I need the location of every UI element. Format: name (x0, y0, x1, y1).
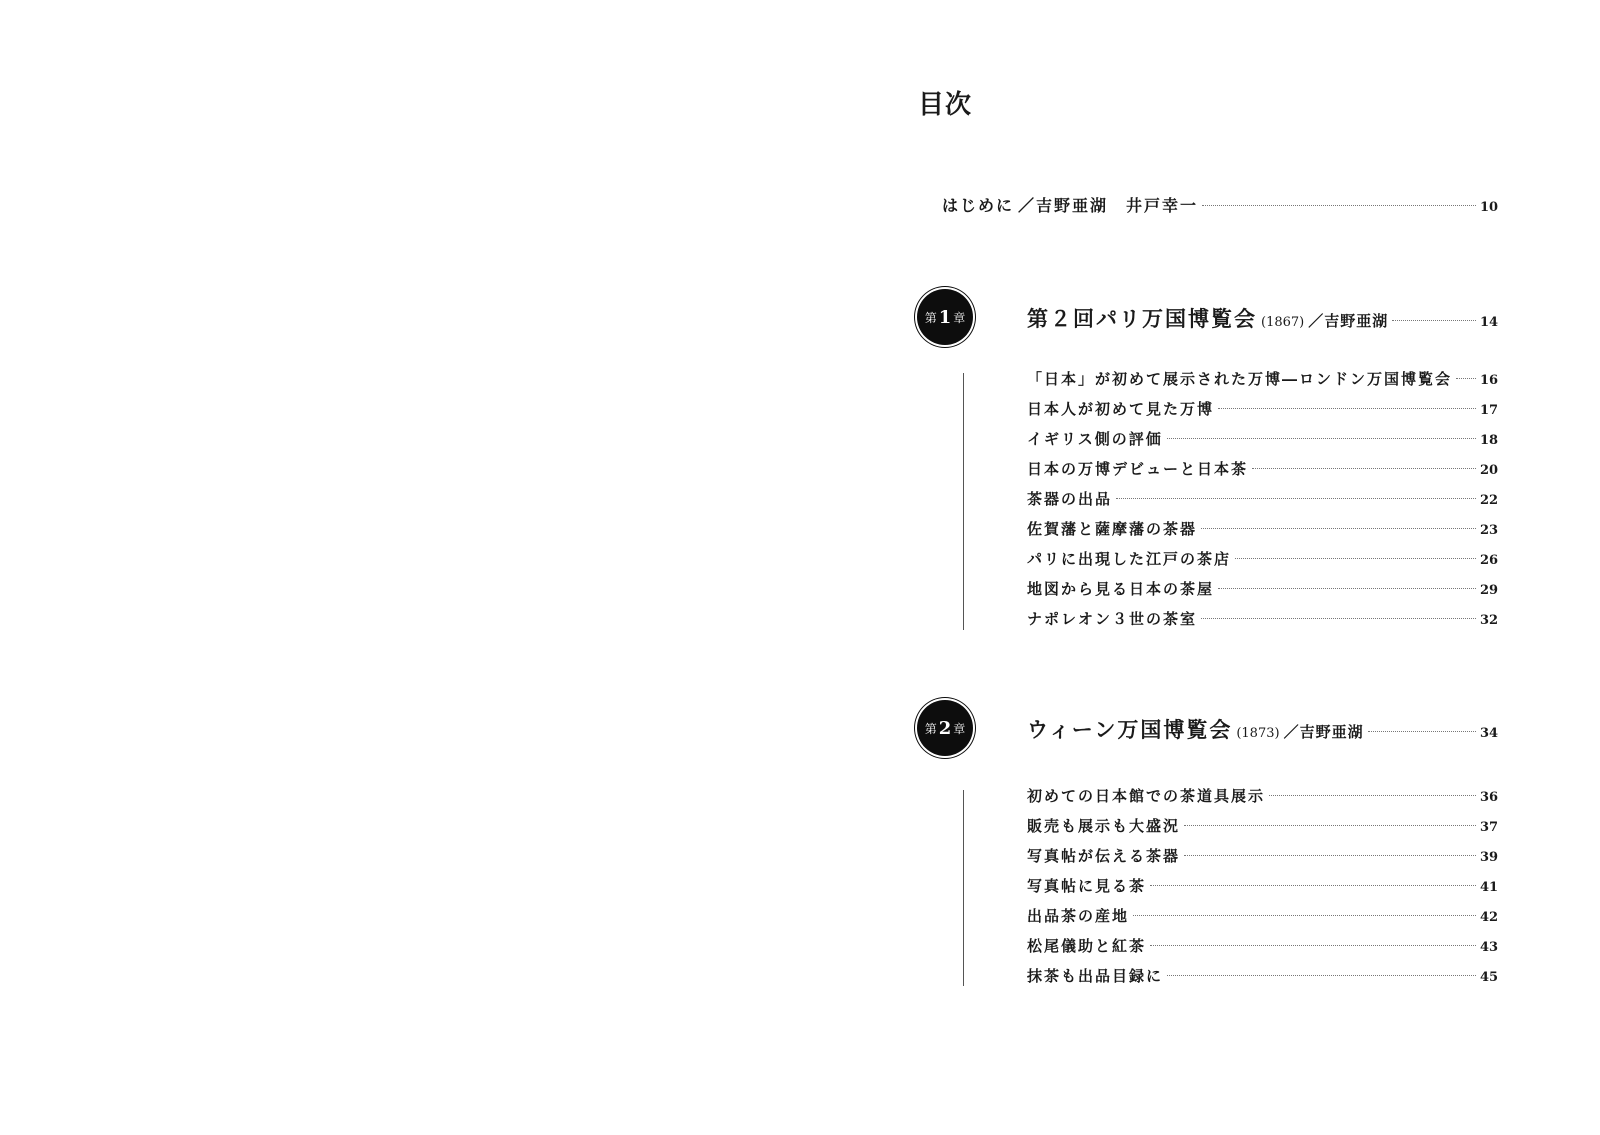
dot-leader (1201, 618, 1476, 619)
intro-authors: 吉野亜湖 井戸幸一 (1036, 193, 1198, 216)
section-label: 抹茶も出品目録に (1027, 965, 1163, 986)
dot-leader (1218, 588, 1476, 589)
dot-leader (1368, 731, 1476, 732)
chapter-author: 吉野亜湖 (1324, 310, 1388, 331)
section-label: 写真帖が伝える茶器 (1027, 845, 1180, 866)
section-label: 初めての日本館での茶道具展示 (1027, 785, 1265, 806)
section-label: 松尾儀助と紅茶 (1027, 935, 1146, 956)
left-page-blank (0, 0, 900, 1135)
section-label: 地図から見る日本の茶屋 (1027, 578, 1214, 599)
chapter-separator: ／ (1308, 310, 1324, 331)
dot-leader (1167, 975, 1476, 976)
intro-label: はじめに (942, 193, 1014, 216)
toc-section[interactable]: 佐賀藩と薩摩藩の茶器23 (1027, 518, 1500, 539)
dot-leader (1235, 558, 1476, 559)
toc-section[interactable]: 地図から見る日本の茶屋29 (1027, 578, 1500, 599)
page-number: 17 (1480, 403, 1500, 418)
section-label: イギリス側の評価 (1027, 428, 1163, 449)
badge-suffix: 章 (953, 720, 965, 737)
chapter-badge-2: 第 2 章 (917, 700, 973, 756)
page-number: 14 (1480, 315, 1500, 330)
toc-section[interactable]: 松尾儀助と紅茶43 (1027, 935, 1500, 956)
toc-section[interactable]: 初めての日本館での茶道具展示36 (1027, 785, 1500, 806)
dot-leader (1184, 855, 1476, 856)
section-label: ナポレオン３世の茶室 (1027, 608, 1197, 629)
toc-section[interactable]: 抹茶も出品目録に45 (1027, 965, 1500, 986)
toc-section[interactable]: 日本人が初めて見た万博17 (1027, 398, 1500, 419)
page-number: 45 (1480, 970, 1500, 985)
dot-leader (1150, 885, 1476, 886)
dot-leader (1184, 825, 1476, 826)
chapter-title: ウィーン万国博覧会 (1027, 714, 1232, 744)
page-number: 22 (1480, 493, 1500, 508)
page-number: 41 (1480, 880, 1500, 895)
page-number: 39 (1480, 850, 1500, 865)
badge-prefix: 第 (925, 720, 937, 737)
section-label: 日本の万博デビューと日本茶 (1027, 458, 1248, 479)
section-label: パリに出現した江戸の茶店 (1027, 548, 1231, 569)
section-label: 出品茶の産地 (1027, 905, 1129, 926)
toc-section[interactable]: 出品茶の産地42 (1027, 905, 1500, 926)
intro-separator: ／ (1018, 193, 1036, 216)
page-number: 34 (1480, 726, 1500, 741)
section-label: 販売も展示も大盛況 (1027, 815, 1180, 836)
toc-section[interactable]: 日本の万博デビューと日本茶20 (1027, 458, 1500, 479)
chapter-year: (1873) (1236, 726, 1279, 741)
page-number: 26 (1480, 553, 1500, 568)
chapter-author: 吉野亜湖 (1300, 721, 1364, 742)
chapter-year: (1867) (1261, 315, 1304, 330)
section-rule (963, 373, 964, 630)
badge-number: 2 (939, 718, 952, 739)
section-label: 「日本」が初めて展示された万博―ロンドン万国博覧会 (1027, 368, 1452, 389)
page-number: 43 (1480, 940, 1500, 955)
dot-leader (1269, 795, 1476, 796)
toc-title: 目次 (918, 84, 972, 121)
toc-entry-intro[interactable]: はじめに ／ 吉野亜湖 井戸幸一 10 (942, 193, 1500, 216)
dot-leader (1167, 438, 1476, 439)
toc-section[interactable]: 「日本」が初めて展示された万博―ロンドン万国博覧会16 (1027, 368, 1500, 389)
badge-prefix: 第 (925, 309, 937, 326)
page-number: 23 (1480, 523, 1500, 538)
badge-suffix: 章 (953, 309, 965, 326)
chapter-badge-1: 第 1 章 (917, 289, 973, 345)
dot-leader (1218, 408, 1476, 409)
chapter-separator: ／ (1284, 721, 1300, 742)
dot-leader (1202, 205, 1476, 206)
section-label: 写真帖に見る茶 (1027, 875, 1146, 896)
toc-section[interactable]: 販売も展示も大盛況37 (1027, 815, 1500, 836)
toc-section[interactable]: ナポレオン３世の茶室32 (1027, 608, 1500, 629)
toc-section[interactable]: 茶器の出品22 (1027, 488, 1500, 509)
dot-leader (1456, 378, 1476, 379)
page-number: 16 (1480, 373, 1500, 388)
section-label: 佐賀藩と薩摩藩の茶器 (1027, 518, 1197, 539)
page-number: 42 (1480, 910, 1500, 925)
page-number: 10 (1480, 200, 1500, 215)
chapter-title: 第２回パリ万国博覧会 (1027, 303, 1257, 333)
page-number: 29 (1480, 583, 1500, 598)
dot-leader (1201, 528, 1476, 529)
toc-chapter-1[interactable]: 第２回パリ万国博覧会 (1867) ／ 吉野亜湖 14 (1027, 303, 1500, 333)
toc-section[interactable]: 写真帖に見る茶41 (1027, 875, 1500, 896)
page-number: 32 (1480, 613, 1500, 628)
dot-leader (1252, 468, 1476, 469)
toc-section[interactable]: パリに出現した江戸の茶店26 (1027, 548, 1500, 569)
section-rule (963, 790, 964, 986)
badge-number: 1 (939, 307, 952, 328)
toc-section[interactable]: 写真帖が伝える茶器39 (1027, 845, 1500, 866)
section-label: 日本人が初めて見た万博 (1027, 398, 1214, 419)
page-number: 20 (1480, 463, 1500, 478)
page-number: 36 (1480, 790, 1500, 805)
section-label: 茶器の出品 (1027, 488, 1112, 509)
dot-leader (1150, 945, 1476, 946)
dot-leader (1392, 320, 1476, 321)
page-number: 18 (1480, 433, 1500, 448)
toc-section[interactable]: イギリス側の評価18 (1027, 428, 1500, 449)
dot-leader (1116, 498, 1476, 499)
toc-chapter-2[interactable]: ウィーン万国博覧会 (1873) ／ 吉野亜湖 34 (1027, 714, 1500, 744)
dot-leader (1133, 915, 1476, 916)
page-number: 37 (1480, 820, 1500, 835)
